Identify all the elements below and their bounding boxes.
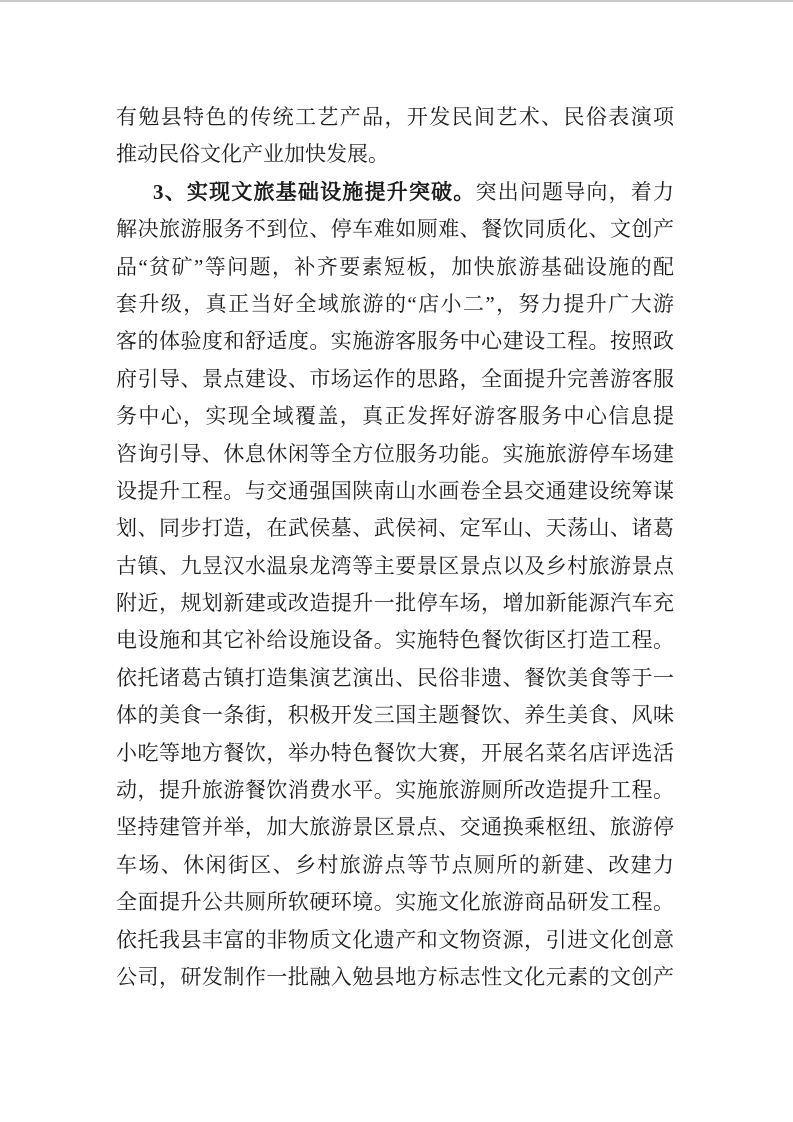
text-segment: 有勉县特色的传统工艺产品，开发民间艺术、民俗表演项目， — [116, 105, 674, 136]
body-text-line: 电设施和其它补给设施设备。实施特色餐饮街区打造工程。 — [116, 622, 674, 659]
body-text-line: 全面提升公共厕所软硬环境。实施文化旅游商品研发工程。 — [116, 884, 674, 921]
page-top-edge — [0, 0, 793, 2]
text-segment: 解决旅游服务不到位、停车难如厕难、餐饮同质化、文创产 — [116, 217, 674, 241]
body-text-line: 品“贫矿”等问题，补齐要素短板，加快旅游基础设施的配 — [116, 249, 674, 286]
body-text-line: 依托诸葛古镇打造集演艺演出、民俗非遗、餐饮美食等于一 — [116, 660, 674, 697]
text-segment: 依托诸葛古镇打造集演艺演出、民俗非遗、餐饮美食等于一 — [116, 666, 674, 690]
text-segment: 坚持建管并举，加大旅游景区景点、交通换乘枢纽、旅游停 — [116, 815, 674, 839]
body-text-line: 咨询引导、休息休闲等全方位服务功能。实施旅游停车场建 — [116, 436, 674, 473]
document-body: 有勉县特色的传统工艺产品，开发民间艺术、民俗表演项目，推动民俗文化产业加快发展。… — [116, 99, 674, 996]
body-text-line: 府引导、景点建设、市场运作的思路，全面提升完善游客服 — [116, 361, 674, 398]
body-text-line: 客的体验度和舒适度。实施游客服务中心建设工程。按照政 — [116, 323, 674, 360]
text-segment: 划、同步打造，在武侯墓、武侯祠、定军山、天荡山、诸葛 — [116, 516, 674, 540]
body-text-line: 动，提升旅游餐饮消费水平。实施旅游厕所改造提升工程。 — [116, 772, 674, 809]
text-segment: 小吃等地方餐饮，举办特色餐饮大赛，开展名菜名店评选活 — [116, 741, 674, 765]
text-segment: 设提升工程。与交通强国陕南山水画卷全县交通建设统筹谋 — [116, 479, 674, 503]
body-text-line: 古镇、九昱汉水温泉龙湾等主要景区景点以及乡村旅游景点 — [116, 548, 674, 585]
document-page: 有勉县特色的传统工艺产品，开发民间艺术、民俗表演项目，推动民俗文化产业加快发展。… — [0, 0, 793, 1122]
body-text-line: 公司，研发制作一批融入勉县地方标志性文化元素的文创产 — [116, 959, 674, 996]
text-segment: 突出问题导向，着力 — [475, 180, 674, 204]
body-text-line: 3、实现文旅基础设施提升突破。突出问题导向，着力 — [116, 174, 674, 211]
text-segment: 车场、休闲街区、乡村旅游点等节点厕所的新建、改建力度， — [116, 853, 674, 884]
text-segment: 全面提升公共厕所软硬环境。实施文化旅游商品研发工程。 — [116, 890, 674, 914]
body-text-line: 划、同步打造，在武侯墓、武侯祠、定军山、天荡山、诸葛 — [116, 510, 674, 547]
text-segment: 推动民俗文化产业加快发展。 — [116, 142, 389, 166]
text-segment: 体的美食一条街，积极开发三国主题餐饮、养生美食、风味 — [116, 703, 674, 727]
text-segment: 电设施和其它补给设施设备。实施特色餐饮街区打造工程。 — [116, 628, 674, 652]
text-segment: 客的体验度和舒适度。实施游客服务中心建设工程。按照政 — [116, 329, 674, 353]
text-segment: 务中心，实现全域覆盖，真正发挥好游客服务中心信息提供、 — [116, 404, 674, 435]
text-segment: 古镇、九昱汉水温泉龙湾等主要景区景点以及乡村旅游景点 — [116, 554, 674, 578]
text-segment: 附近，规划新建或改造提升一批停车场，增加新能源汽车充 — [116, 591, 674, 615]
text-segment: 套升级，真正当好全域旅游的“店小二”，努力提升广大游 — [116, 292, 674, 316]
body-text-line: 有勉县特色的传统工艺产品，开发民间艺术、民俗表演项目， — [116, 99, 674, 136]
body-text-line: 套升级，真正当好全域旅游的“店小二”，努力提升广大游 — [116, 286, 674, 323]
body-text-line: 设提升工程。与交通强国陕南山水画卷全县交通建设统筹谋 — [116, 473, 674, 510]
body-text-line: 体的美食一条街，积极开发三国主题餐饮、养生美食、风味 — [116, 697, 674, 734]
body-text-line: 推动民俗文化产业加快发展。 — [116, 136, 674, 173]
text-segment: 动，提升旅游餐饮消费水平。实施旅游厕所改造提升工程。 — [116, 778, 674, 802]
text-segment: 依托我县丰富的非物质文化遗产和文物资源，引进文化创意 — [116, 928, 674, 952]
body-text-line: 坚持建管并举，加大旅游景区景点、交通换乘枢纽、旅游停 — [116, 809, 674, 846]
body-text-line: 车场、休闲街区、乡村旅游点等节点厕所的新建、改建力度， — [116, 847, 674, 884]
text-segment: 品“贫矿”等问题，补齐要素短板，加快旅游基础设施的配 — [116, 255, 674, 279]
body-text-line: 附近，规划新建或改造提升一批停车场，增加新能源汽车充 — [116, 585, 674, 622]
body-text-line: 务中心，实现全域覆盖，真正发挥好游客服务中心信息提供、 — [116, 398, 674, 435]
text-segment: 咨询引导、休息休闲等全方位服务功能。实施旅游停车场建 — [116, 442, 674, 466]
body-text-line: 小吃等地方餐饮，举办特色餐饮大赛，开展名菜名店评选活 — [116, 735, 674, 772]
bold-heading-segment: 3、实现文旅基础设施提升突破。 — [153, 180, 475, 204]
text-segment: 公司，研发制作一批融入勉县地方标志性文化元素的文创产 — [116, 965, 674, 989]
text-segment: 府引导、景点建设、市场运作的思路，全面提升完善游客服 — [116, 367, 674, 391]
body-text-line: 解决旅游服务不到位、停车难如厕难、餐饮同质化、文创产 — [116, 211, 674, 248]
body-text-line: 依托我县丰富的非物质文化遗产和文物资源，引进文化创意 — [116, 922, 674, 959]
